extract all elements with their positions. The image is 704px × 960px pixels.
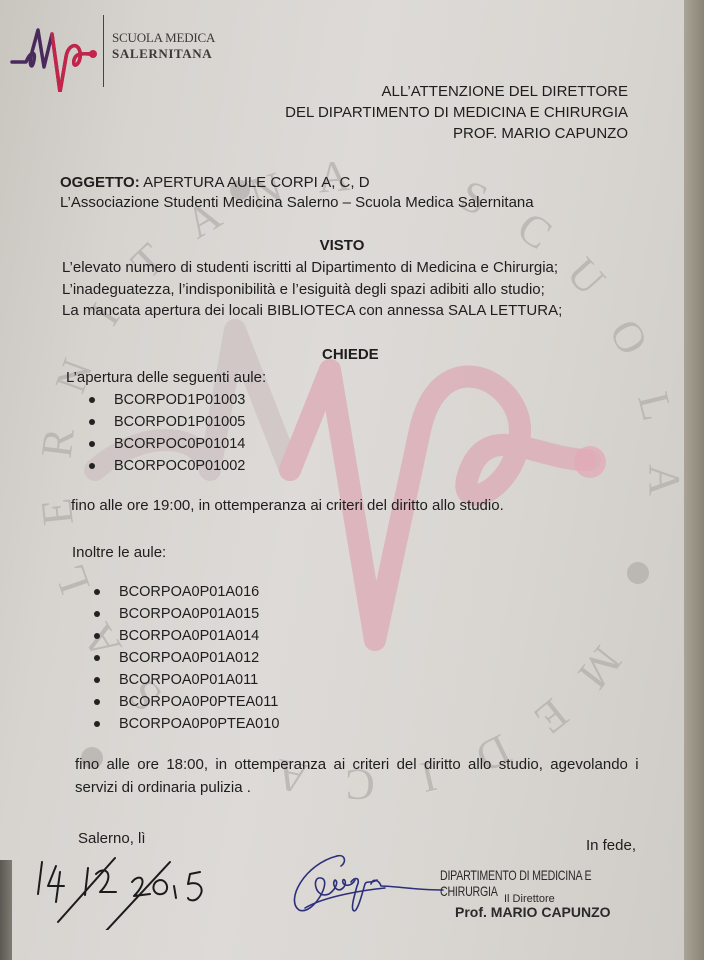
inoltre-closing-line-1: fino alle ore 18:00, in ottemperanza ai …	[75, 756, 639, 773]
visto-line-2: L’inadeguatezza, l’indisponibilità e l’e…	[62, 281, 545, 298]
room-code: BCORPOA0P01A016	[119, 584, 259, 600]
room-item: BCORPOA0P01A012	[94, 647, 279, 669]
logo-line-1: SCUOLA MEDICA	[112, 30, 215, 46]
room-code: BCORPOD1P01005	[114, 414, 245, 430]
bullet-icon	[89, 419, 95, 425]
room-code: BCORPOC0P01002	[114, 458, 245, 474]
bullet-icon	[94, 589, 100, 595]
bullet-icon	[94, 699, 100, 705]
paper-edge-shadow	[0, 860, 12, 960]
logo-text: SCUOLA MEDICA SALERNITANA	[112, 30, 215, 62]
bullet-icon	[94, 677, 100, 683]
subject-line: OGGETTO: APERTURA AULE CORPI A, C, D	[60, 174, 370, 191]
chiede-closing: fino alle ore 19:00, in ottemperanza ai …	[71, 497, 504, 514]
paper-edge	[684, 0, 704, 960]
chiede-heading: CHIEDE	[322, 346, 379, 363]
chiede-room-list: BCORPOD1P01003 BCORPOD1P01005 BCORPOC0P0…	[89, 389, 245, 477]
room-item: BCORPOC0P01002	[89, 455, 245, 477]
room-item: BCORPOA0P01A014	[94, 625, 279, 647]
logo-divider	[103, 15, 104, 87]
chiede-intro: L’apertura delle seguenti aule:	[66, 369, 266, 386]
room-code: BCORPOD1P01003	[114, 392, 245, 408]
room-code: BCORPOA0P0PTEA010	[119, 716, 279, 732]
room-item: BCORPOA0P01A016	[94, 581, 279, 603]
subject-label: OGGETTO:	[60, 174, 140, 191]
inoltre-closing-line-2: servizi di ordinaria pulizia .	[75, 779, 251, 796]
room-code: BCORPOA0P01A011	[119, 672, 258, 688]
room-code: BCORPOA0P0PTEA011	[119, 694, 278, 710]
bullet-icon	[89, 441, 95, 447]
room-code: BCORPOA0P01A015	[119, 606, 259, 622]
in-fede-label: In fede,	[586, 837, 636, 854]
bullet-icon	[94, 633, 100, 639]
handwritten-signature-icon	[285, 850, 445, 930]
inoltre-intro: Inoltre le aule:	[72, 544, 166, 561]
visto-heading: VISTO	[0, 237, 684, 254]
recipient-line-1: ALL’ATTENZIONE DEL DIRETTORE	[382, 83, 628, 100]
bullet-icon	[94, 611, 100, 617]
room-item: BCORPOA0P01A011	[94, 669, 279, 691]
visto-line-1: L’elevato numero di studenti iscritti al…	[62, 259, 558, 276]
school-logo-icon	[8, 12, 98, 92]
document-paper	[0, 0, 684, 960]
visto-line-3: La mancata apertura dei locali BIBLIOTEC…	[62, 302, 562, 319]
logo-line-2: SALERNITANA	[112, 46, 215, 62]
room-item: BCORPOA0P0PTEA011	[94, 691, 279, 713]
bullet-icon	[89, 463, 95, 469]
recipient-line-3: PROF. MARIO CAPUNZO	[453, 125, 628, 142]
inoltre-room-list: BCORPOA0P01A016 BCORPOA0P01A015 BCORPOA0…	[94, 581, 279, 735]
room-item: BCORPOD1P01003	[89, 389, 245, 411]
stamp-name: Prof. MARIO CAPUNZO	[455, 904, 611, 920]
bullet-icon	[94, 721, 100, 727]
room-code: BCORPOA0P01A014	[119, 628, 259, 644]
room-item: BCORPOD1P01005	[89, 411, 245, 433]
sender-line: L’Associazione Studenti Medicina Salerno…	[60, 194, 534, 211]
handwritten-date-icon	[30, 850, 220, 930]
place-label: Salerno, lì	[78, 830, 146, 847]
room-code: BCORPOC0P01014	[114, 436, 245, 452]
bullet-icon	[94, 655, 100, 661]
subject-value: APERTURA AULE CORPI A, C, D	[140, 174, 370, 191]
room-item: BCORPOA0P0PTEA010	[94, 713, 279, 735]
bullet-icon	[89, 397, 95, 403]
room-item: BCORPOA0P01A015	[94, 603, 279, 625]
room-code: BCORPOA0P01A012	[119, 650, 259, 666]
room-item: BCORPOC0P01014	[89, 433, 245, 455]
recipient-line-2: DEL DIPARTIMENTO DI MEDICINA E CHIRURGIA	[285, 104, 628, 121]
